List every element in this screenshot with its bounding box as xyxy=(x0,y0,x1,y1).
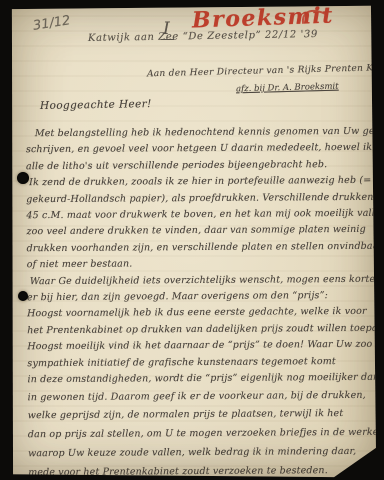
punch-hole-bottom-icon xyxy=(18,291,28,301)
handwritten-line: welke geprijsd zijn, de normalen prijs t… xyxy=(28,405,373,426)
handwritten-line: waarop Uw keuze zoude vallen, welk bedra… xyxy=(28,443,373,464)
handwritten-line: in deze omstandigheden, wordt die “prijs… xyxy=(27,370,372,389)
sender-line: afz. bij Dr. A. Broeksmit xyxy=(236,82,339,95)
red-flourish-icon xyxy=(300,8,330,30)
handwritten-line: Ik zend de drukken, zooals ik ze hier in… xyxy=(26,173,371,192)
handwritten-line: in gewonen tijd. Daarom geef ik er de vo… xyxy=(28,386,373,407)
handwritten-line: drukken voorhanden zijn, en verschillend… xyxy=(27,239,372,258)
letter-body: Met belangstelling heb ik hedenochtend k… xyxy=(26,124,373,480)
salutation: Hooggeachte Heer! xyxy=(40,98,152,112)
letter-scan: 31/12 I Broeksmit Katwijk aan Zee “De Ze… xyxy=(0,0,384,480)
handwritten-line: mede voor het Prentenkabinet zoudt verzo… xyxy=(28,461,373,480)
addressee-line: Aan den Heer Directeur van 's Rijks Pren… xyxy=(147,63,384,80)
letter-page: 31/12 I Broeksmit Katwijk aan Zee “De Ze… xyxy=(0,0,384,480)
handwritten-line: dan op prijs zal stellen, om U te mogen … xyxy=(28,424,373,445)
punch-hole-top-icon xyxy=(17,172,29,184)
handwritten-line: Hoogst moeilijk vind ik het daarnaar de … xyxy=(27,337,372,356)
dateline: Katwijk aan Zee “De Zeestelp” 22/12 '39 xyxy=(88,29,318,44)
pencil-archive-note: 31/12 xyxy=(32,13,71,34)
